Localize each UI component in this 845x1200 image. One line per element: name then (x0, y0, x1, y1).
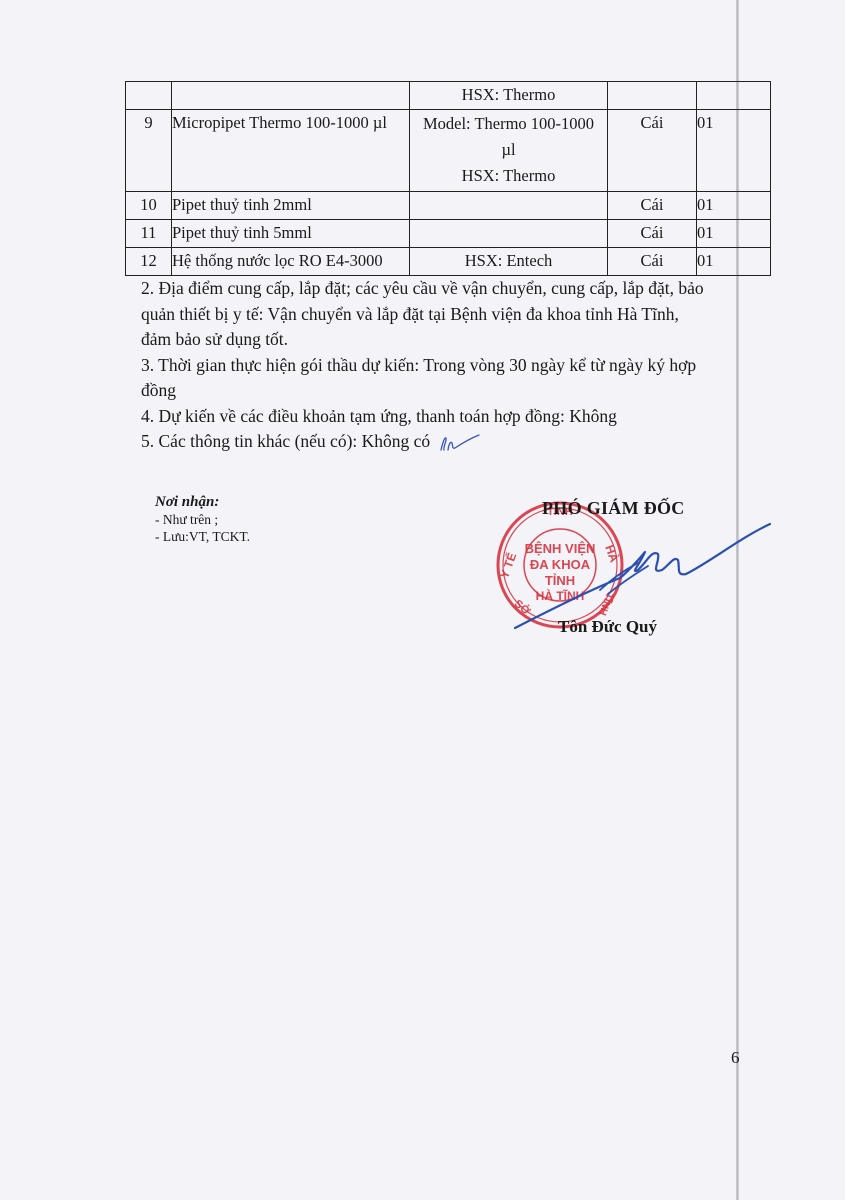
section-2-line-1: 2. Địa điểm cung cấp, lắp đặt; các yêu c… (141, 276, 751, 302)
table-row: 9 Micropipet Thermo 100-1000 µl Model: T… (126, 110, 771, 192)
table-row: 10 Pipet thuỷ tinh 2mml Cái 01 (126, 192, 771, 220)
cell-qty: 01 (697, 248, 771, 276)
cell-unit: Cái (608, 220, 697, 248)
cell-name: Pipet thuỷ tinh 5mml (172, 220, 410, 248)
cell-unit: Cái (608, 110, 697, 192)
equipment-table: HSX: Thermo 9 Micropipet Thermo 100-1000… (125, 81, 771, 276)
section-4: 4. Dự kiến về các điều khoản tạm ứng, th… (141, 404, 751, 430)
cell-no: 9 (126, 110, 172, 192)
cell-no: 10 (126, 192, 172, 220)
cell-unit: Cái (608, 248, 697, 276)
cell-qty (697, 82, 771, 110)
cell-no: 11 (126, 220, 172, 248)
recipient-item: - Lưu:VT, TCKT. (155, 528, 250, 545)
initial-mark-icon (435, 433, 483, 453)
table-row: 12 Hệ thống nước lọc RO E4-3000 HSX: Ent… (126, 248, 771, 276)
cell-spec (410, 220, 608, 248)
cell-name: Pipet thuỷ tinh 2mml (172, 192, 410, 220)
signer-name: Tôn Đức Quý (558, 617, 657, 637)
cell-spec (410, 192, 608, 220)
recipients-block: Nơi nhận: - Như trên ; - Lưu:VT, TCKT. (155, 494, 250, 545)
cell-spec: HSX: Thermo (410, 82, 608, 110)
cell-qty: 01 (697, 220, 771, 248)
page-number: 6 (731, 1048, 740, 1068)
table-row: HSX: Thermo (126, 82, 771, 110)
section-2-line-2: quản thiết bị y tế: Vận chuyển và lắp đặ… (141, 302, 751, 328)
recipients-title: Nơi nhận: (155, 494, 250, 511)
table-row: 11 Pipet thuỷ tinh 5mml Cái 01 (126, 220, 771, 248)
signature-block: BỆNH VIỆN ĐA KHOA TỈNH HÀ TĨNH TỈNH Y TẾ… (480, 490, 780, 650)
cell-unit: Cái (608, 192, 697, 220)
cell-unit (608, 82, 697, 110)
section-3-line-1: 3. Thời gian thực hiện gói thầu dự kiến:… (141, 353, 751, 379)
cell-qty: 01 (697, 192, 771, 220)
cell-qty: 01 (697, 110, 771, 192)
cell-no: 12 (126, 248, 172, 276)
cell-no (126, 82, 172, 110)
recipient-item: - Như trên ; (155, 511, 250, 528)
cell-name: Micropipet Thermo 100-1000 µl (172, 110, 410, 192)
cell-name: Hệ thống nước lọc RO E4-3000 (172, 248, 410, 276)
terms-section: 2. Địa điểm cung cấp, lắp đặt; các yêu c… (141, 276, 751, 455)
section-2-line-3: đảm bảo sử dụng tốt. (141, 327, 751, 353)
section-3-line-2: đồng (141, 378, 751, 404)
section-5: 5. Các thông tin khác (nếu có): Không có (141, 429, 751, 455)
cell-name (172, 82, 410, 110)
cell-spec: HSX: Entech (410, 248, 608, 276)
cell-spec: Model: Thermo 100-1000 µl HSX: Thermo (410, 110, 608, 192)
